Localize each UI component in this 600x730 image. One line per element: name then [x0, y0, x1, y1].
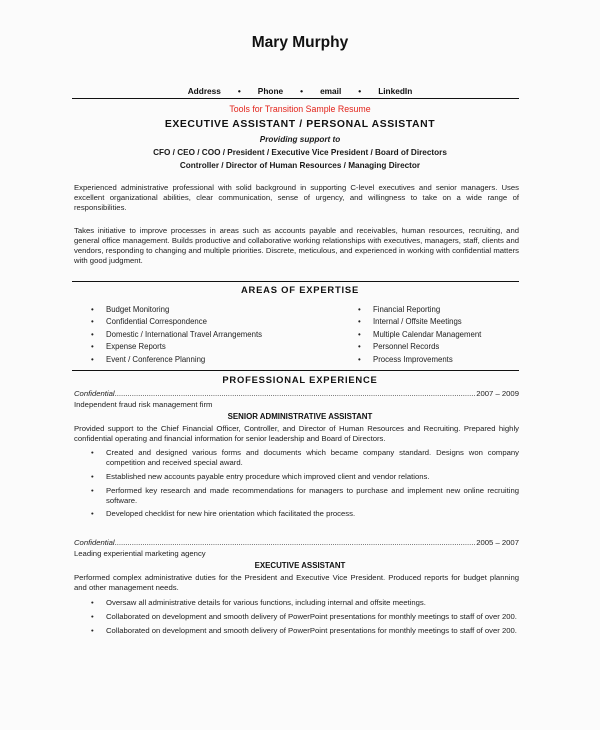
providing-support-label: Providing support to [0, 135, 600, 144]
job-2-header: Confidential ...........................… [74, 538, 519, 547]
expertise-item: Multiple Calendar Management [358, 329, 481, 341]
contact-phone: Phone [258, 86, 283, 96]
job-2-dates: 2005 – 2007 [476, 538, 519, 547]
job-2-company-description: Leading experiential marketing agency [74, 549, 206, 558]
header-divider [72, 98, 519, 99]
job-1-summary: Provided support to the Chief Financial … [74, 424, 519, 444]
job-1-header: Confidential ...........................… [74, 389, 519, 398]
job-1-company: Confidential [74, 389, 115, 398]
resume-page: Mary Murphy Address•Phone•email•LinkedIn… [0, 0, 600, 730]
job-1-company-description: Independent fraud risk management firm [74, 400, 212, 409]
job-2-company: Confidential [74, 538, 115, 547]
expertise-item: Internal / Offsite Meetings [358, 316, 481, 328]
experience-top-divider [72, 370, 519, 371]
summary-paragraph-1: Experienced administrative professional … [74, 183, 519, 213]
candidate-name: Mary Murphy [0, 34, 600, 52]
expertise-item: Event / Conference Planning [91, 354, 262, 366]
expertise-item: Domestic / International Travel Arrangem… [91, 329, 262, 341]
job-bullet: Created and designed various forms and d… [91, 448, 519, 468]
bullet-separator: • [300, 86, 303, 96]
experience-section-title: PROFESSIONAL EXPERIENCE [0, 374, 600, 385]
summary-paragraph-2: Takes initiative to improve processes in… [74, 226, 519, 266]
expertise-item: Budget Monitoring [91, 304, 262, 316]
job-1-bullets: Created and designed various forms and d… [91, 448, 519, 523]
contact-line: Address•Phone•email•LinkedIn [0, 86, 600, 96]
bullet-separator: • [358, 86, 361, 96]
expertise-item: Confidential Correspondence [91, 316, 262, 328]
expertise-top-divider [72, 281, 519, 282]
contact-linkedin: LinkedIn [378, 86, 412, 96]
supported-roles-line-1: CFO / CEO / COO / President / Executive … [0, 148, 600, 157]
dot-leader: ........................................… [115, 389, 477, 398]
dot-leader: ........................................… [115, 538, 477, 547]
job-bullet: Performed key research and made recommen… [91, 486, 519, 506]
job-1-title: SENIOR ADMINISTRATIVE ASSISTANT [0, 412, 600, 421]
bullet-separator: • [238, 86, 241, 96]
job-2-summary: Performed complex administrative duties … [74, 573, 519, 593]
job-1-dates: 2007 – 2009 [476, 389, 519, 398]
expertise-item: Personnel Records [358, 341, 481, 353]
job-bullet: Developed checklist for new hire orienta… [91, 509, 519, 519]
contact-email: email [320, 86, 341, 96]
job-2-title: EXECUTIVE ASSISTANT [0, 561, 600, 570]
job-bullet: Collaborated on development and smooth d… [91, 612, 519, 622]
expertise-list-left: Budget Monitoring Confidential Correspon… [91, 304, 262, 366]
supported-roles-line-2: Controller / Director of Human Resources… [0, 161, 600, 170]
expertise-section-title: AREAS OF EXPERTISE [0, 284, 600, 295]
expertise-list-right: Financial Reporting Internal / Offsite M… [358, 304, 481, 366]
job-bullet: Established new accounts payable entry p… [91, 472, 519, 482]
job-2-bullets: Oversaw all administrative details for v… [91, 598, 519, 639]
sample-resume-tagline: Tools for Transition Sample Resume [0, 104, 600, 114]
resume-headline: EXECUTIVE ASSISTANT / PERSONAL ASSISTANT [0, 119, 600, 130]
contact-address: Address [188, 86, 221, 96]
expertise-item: Process Improvements [358, 354, 481, 366]
expertise-item: Financial Reporting [358, 304, 481, 316]
job-bullet: Collaborated on development and smooth d… [91, 626, 519, 636]
expertise-item: Expense Reports [91, 341, 262, 353]
job-bullet: Oversaw all administrative details for v… [91, 598, 519, 608]
